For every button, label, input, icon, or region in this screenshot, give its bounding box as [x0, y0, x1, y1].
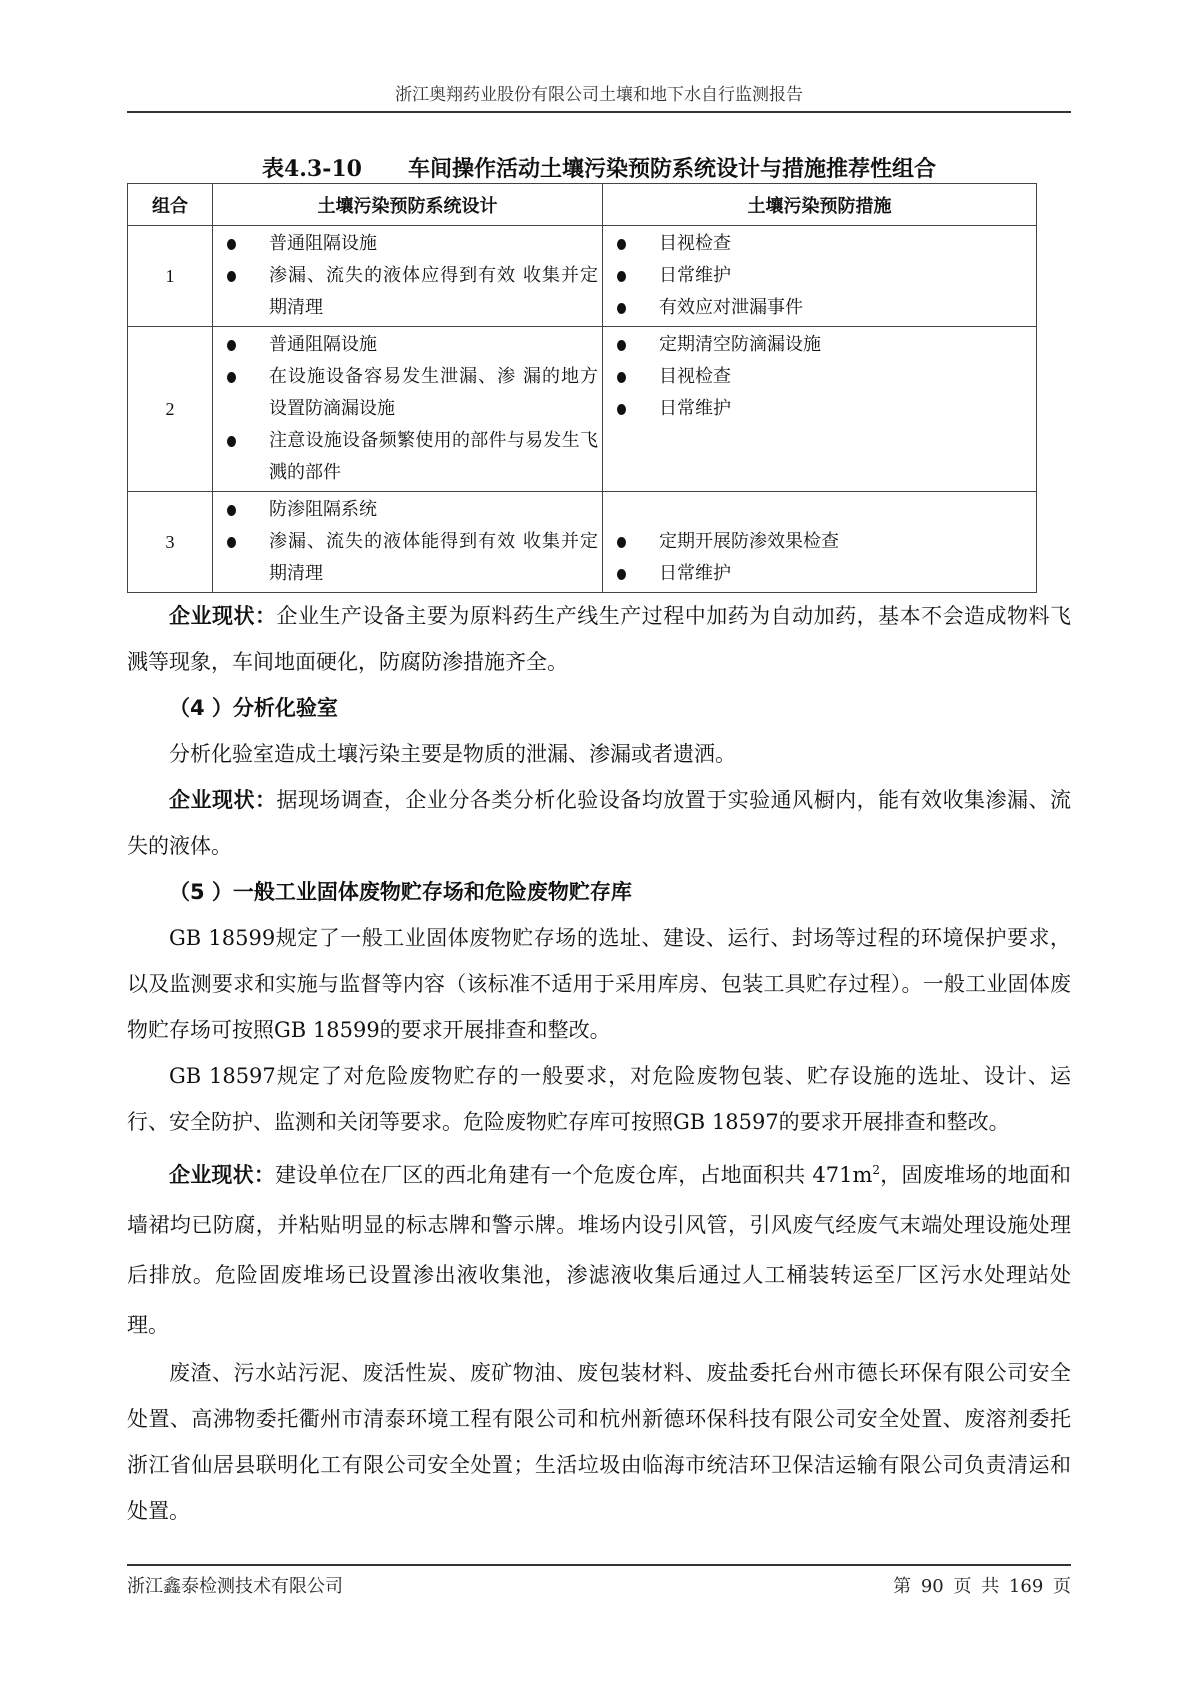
paragraph: GB 18599规定了一般工业固体废物贮存场的选址、建设、运行、封场等过程的环境…: [127, 915, 1071, 1053]
paragraph: 废渣、污水站污泥、废活性炭、废矿物油、废包装材料、废盐委托台州市德长环保有限公司…: [127, 1350, 1071, 1534]
table-row: 2 普通阻隔设施 在设施设备容易发生泄漏、渗 漏的地方设置防滴漏设施 注意设施设…: [128, 327, 1037, 492]
list-item: 定期清空防滴漏设施: [613, 329, 1032, 361]
bullet-icon: [617, 537, 626, 548]
status-label: 企业现状：: [169, 788, 276, 812]
bullet-icon: [227, 340, 236, 351]
bullet-icon: [617, 239, 626, 250]
list-item: 日常维护: [613, 558, 1032, 590]
table-caption: 表4.3-10车间操作活动土壤污染预防系统设计与措施推荐性组合: [127, 152, 1071, 183]
measures-cell: 定期开展防渗效果检查 日常维护: [603, 492, 1037, 593]
design-cell: 普通阻隔设施 渗漏、流失的液体应得到有效 收集并定期清理: [213, 226, 603, 327]
measures-cell: 目视检查 日常维护 有效应对泄漏事件: [603, 226, 1037, 327]
header-rule: [127, 111, 1071, 113]
column-header-design: 土壤污染预防系统设计: [213, 184, 603, 226]
status-label: 企业现状：: [169, 604, 276, 628]
list-item: 有效应对泄漏事件: [613, 292, 1032, 324]
column-header-measures: 土壤污染预防措施: [603, 184, 1037, 226]
footer-company: 浙江鑫泰检测技术有限公司: [127, 1572, 343, 1598]
design-cell: 防渗阻隔系统 渗漏、流失的液体能得到有效 收集并定期清理: [213, 492, 603, 593]
bullet-icon: [617, 340, 626, 351]
list-item: 渗漏、流失的液体应得到有效 收集并定期清理: [223, 260, 598, 324]
paragraph: 企业现状：据现场调查，企业分各类分析化验设备均放置于实验通风橱内，能有效收集渗漏…: [127, 777, 1071, 869]
page-number: 第 90 页 共 169 页: [893, 1572, 1071, 1598]
bullet-icon: [617, 372, 626, 383]
table-number: 表4.3-10: [262, 156, 362, 182]
group-number: 2: [128, 327, 213, 492]
bullet-icon: [617, 404, 626, 415]
list-item: 普通阻隔设施: [223, 228, 598, 260]
footer-rule: [127, 1564, 1071, 1566]
table-row: 1 普通阻隔设施 渗漏、流失的液体应得到有效 收集并定期清理 目视检查 日常维护…: [128, 226, 1037, 327]
list-item: 日常维护: [613, 260, 1032, 292]
list-item: 渗漏、流失的液体能得到有效 收集并定期清理: [223, 526, 598, 590]
paragraph: GB 18597规定了对危险废物贮存的一般要求，对危险废物包装、贮存设施的选址、…: [127, 1053, 1071, 1145]
status-label: 企业现状：: [169, 1163, 275, 1187]
list-item: 日常维护: [613, 393, 1032, 425]
bullet-icon: [227, 271, 236, 282]
bullet-icon: [617, 303, 626, 314]
prevention-table: 组合 土壤污染预防系统设计 土壤污染预防措施 1 普通阻隔设施 渗漏、流失的液体…: [127, 183, 1037, 593]
list-item: 注意设施设备频繁使用的部件与易发生飞溅的部件: [223, 425, 598, 489]
bullet-icon: [617, 271, 626, 282]
group-number: 3: [128, 492, 213, 593]
page-header: 浙江奥翔药业股份有限公司土壤和地下水自行监测报告: [127, 80, 1071, 105]
bullet-icon: [227, 372, 236, 383]
table-title: 车间操作活动土壤污染预防系统设计与措施推荐性组合: [408, 156, 936, 182]
section-heading-4: （4 ）分析化验室: [127, 685, 1071, 731]
section-heading-5: （5 ）一般工业固体废物贮存场和危险废物贮存库: [127, 869, 1071, 915]
paragraph: 企业现状：企业生产设备主要为原料药生产线生产过程中加药为自动加药，基本不会造成物…: [127, 593, 1071, 685]
paragraph: 分析化验室造成土壤污染主要是物质的泄漏、渗漏或者遗洒。: [127, 731, 1071, 777]
bullet-icon: [227, 436, 236, 447]
list-item: 防渗阻隔系统: [223, 494, 598, 526]
bullet-icon: [617, 569, 626, 580]
table-row: 3 防渗阻隔系统 渗漏、流失的液体能得到有效 收集并定期清理 定期开展防渗效果检…: [128, 492, 1037, 593]
paragraph: 企业现状：建设单位在厂区的西北角建有一个危废仓库，占地面积共 471m2，固废堆…: [127, 1145, 1071, 1350]
list-item: 目视检查: [613, 228, 1032, 260]
list-item: 普通阻隔设施: [223, 329, 598, 361]
measures-cell: 定期清空防滴漏设施 目视检查 日常维护: [603, 327, 1037, 492]
bullet-icon: [227, 537, 236, 548]
column-header-group: 组合: [128, 184, 213, 226]
body-text: 企业现状：企业生产设备主要为原料药生产线生产过程中加药为自动加药，基本不会造成物…: [127, 593, 1071, 1534]
table-header-row: 组合 土壤污染预防系统设计 土壤污染预防措施: [128, 184, 1037, 226]
design-cell: 普通阻隔设施 在设施设备容易发生泄漏、渗 漏的地方设置防滴漏设施 注意设施设备频…: [213, 327, 603, 492]
bullet-icon: [227, 239, 236, 250]
list-item: 在设施设备容易发生泄漏、渗 漏的地方设置防滴漏设施: [223, 361, 598, 425]
group-number: 1: [128, 226, 213, 327]
list-item: 目视检查: [613, 361, 1032, 393]
bullet-icon: [227, 505, 236, 516]
list-item: 定期开展防渗效果检查: [613, 526, 1032, 558]
